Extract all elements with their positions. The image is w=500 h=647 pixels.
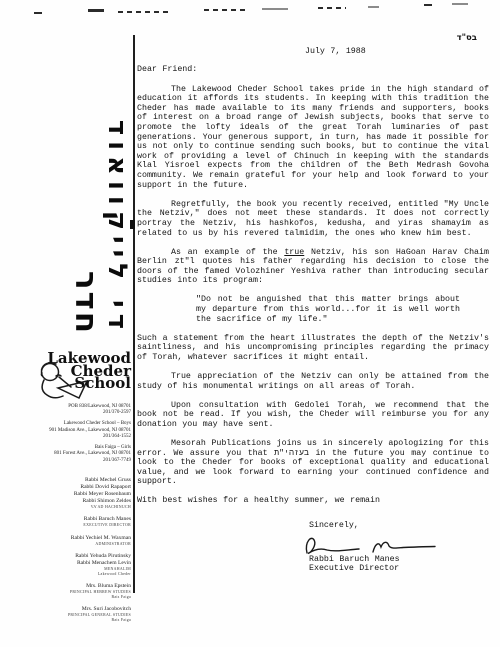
letter-blockquote: "Do not be anguished that this matter br…	[137, 295, 489, 324]
staff-name: Rabbi Menachem Levin	[8, 560, 131, 567]
letter-paragraph: Mesorah Publications joins us in sincere…	[137, 439, 489, 487]
letter-date: July 7, 1988	[305, 47, 489, 57]
letter-paragraph: The Lakewood Cheder School takes pride i…	[137, 85, 489, 191]
scan-artifact	[262, 8, 288, 10]
address-group: Lakewood Cheder School – Boys901 Madison…	[8, 421, 131, 440]
address-line: 201/367-7749	[8, 458, 131, 464]
staff-caption: Lakewood Cheder	[8, 572, 131, 577]
staff-name: Mrs. Bluma Epstein	[8, 583, 131, 590]
scan-artifact	[88, 9, 104, 12]
scanned-letter-page: די לייקוואוד חדר LakewoodChederSchool PO…	[0, 0, 500, 647]
letter-paragraph: True appreciation of the Netziv can only…	[137, 372, 489, 391]
letter-closing: Sincerely, Rabbi Baruch Manes Executive …	[309, 521, 489, 574]
staff-list: Rabbi Mechel GrussRabbi Dovid RapaportRa…	[8, 477, 131, 629]
staff-group: Rabbi Baruch ManesEXECUTIVE DIRECTOR	[8, 516, 131, 528]
staff-caption: ADMINISTRATOR	[8, 542, 131, 547]
valediction: Sincerely,	[309, 521, 489, 531]
school-logotype: LakewoodChederSchool	[8, 352, 131, 390]
hebrew-bsd-mark: בס"ד	[457, 33, 477, 43]
hebrew-logo-line: חדר	[70, 103, 102, 335]
letter-salutation: Dear Friend:	[137, 65, 489, 75]
scan-artifact	[452, 3, 468, 5]
scan-artifact	[424, 4, 432, 6]
hebrew-vertical-logotype: די לייקוואוד חדר	[70, 103, 132, 335]
letter-paragraph: Such a statement from the heart illustra…	[137, 334, 489, 363]
staff-caption: Bais Faiga	[8, 595, 131, 600]
scan-artifact	[204, 9, 246, 11]
staff-group: Rabbi Yechiel M. WaxmanADMINISTRATOR	[8, 535, 131, 547]
staff-name: Mrs. Suri Jacobovitch	[8, 606, 131, 613]
staff-name: Rabbi Yechiel M. Waxman	[8, 535, 131, 542]
letter-paragraph: Regretfully, the book you recently recei…	[137, 200, 489, 238]
staff-group: Rabbi Yehuda PirutinskyRabbi Menachem Le…	[8, 553, 131, 577]
staff-group: Mrs. Suri JacobovitchPRINCIPAL GENERAL S…	[8, 606, 131, 623]
address-group: Bais Faiga – Girls801 Forest Ave., Lakew…	[8, 445, 131, 464]
scan-artifact	[118, 11, 172, 13]
signer-title: Executive Director	[309, 564, 489, 574]
letter-paragraph: With best wishes for a healthy summer, w…	[137, 496, 489, 506]
staff-group: Mrs. Bluma EpsteinPRINCIPAL HEBREW STUDI…	[8, 583, 131, 600]
staff-name: Rabbi Shimon Zeldes	[8, 498, 131, 505]
sidebar-divider-line	[133, 35, 135, 593]
staff-caption: Bais Faiga	[8, 618, 131, 623]
address-line: 201/370-2597	[8, 410, 131, 416]
letter-paragraph: Upon consultation with Gedolei Torah, we…	[137, 401, 489, 430]
hebrew-logo-line: די לייקוואוד	[102, 103, 132, 335]
staff-name: Rabbi Yehuda Pirutinsky	[8, 553, 131, 560]
staff-caption: EXECUTIVE DIRECTOR	[8, 523, 131, 528]
staff-name: Rabbi Baruch Manes	[8, 516, 131, 523]
logotype-word: School	[8, 377, 131, 390]
staff-name: Rabbi Meyer Rosenbaum	[8, 491, 131, 498]
staff-caption: VA'AD HACHINUCH	[8, 505, 131, 510]
scan-artifact	[318, 7, 346, 9]
address-block: POB 838/Lakewood, NJ 08701201/370-2597La…	[8, 404, 131, 469]
address-line: 201/364-1552	[8, 434, 131, 440]
scan-artifact	[34, 12, 42, 14]
letter-body: July 7, 1988 Dear Friend: The Lakewood C…	[137, 47, 489, 574]
letter-paragraph: As an example of the true Netziv, his so…	[137, 248, 489, 286]
staff-name: Rabbi Dovid Rapaport	[8, 484, 131, 491]
scan-artifact	[368, 6, 379, 8]
signer-name: Rabbi Baruch Manes	[309, 555, 489, 565]
letter-paragraphs: The Lakewood Cheder School takes pride i…	[137, 85, 489, 506]
staff-group: Rabbi Mechel GrussRabbi Dovid RapaportRa…	[8, 477, 131, 510]
staff-name: Rabbi Mechel Gruss	[8, 477, 131, 484]
address-group: POB 838/Lakewood, NJ 08701201/370-2597	[8, 404, 131, 417]
